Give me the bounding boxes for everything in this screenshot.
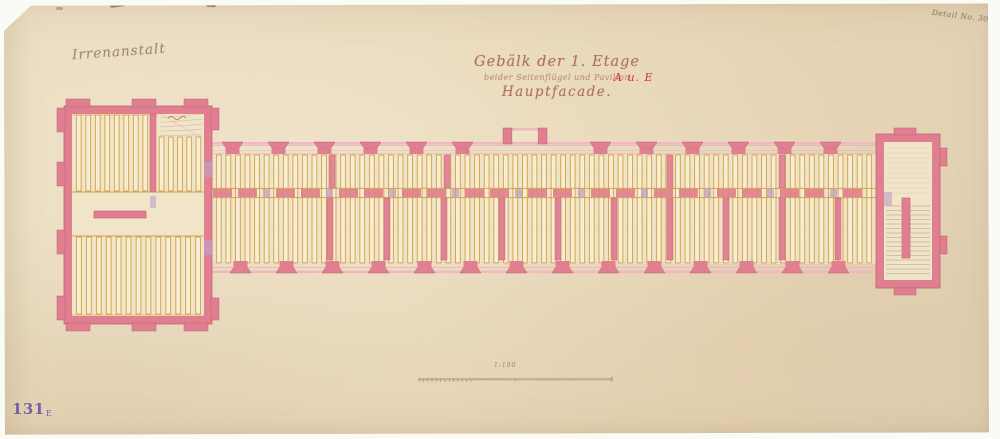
floor-plan-drawing bbox=[0, 0, 1000, 439]
wing-plan bbox=[212, 154, 876, 264]
scale-bar bbox=[418, 377, 612, 383]
right-stair-block bbox=[876, 128, 947, 295]
central-risalit bbox=[503, 128, 547, 144]
scanned-archive-sheet: { "document": { "archive_label": "Irrena… bbox=[0, 0, 1000, 439]
aged-paper-sheet: Irrenanstalt Gebälk der 1. Etage beider … bbox=[0, 0, 1000, 439]
